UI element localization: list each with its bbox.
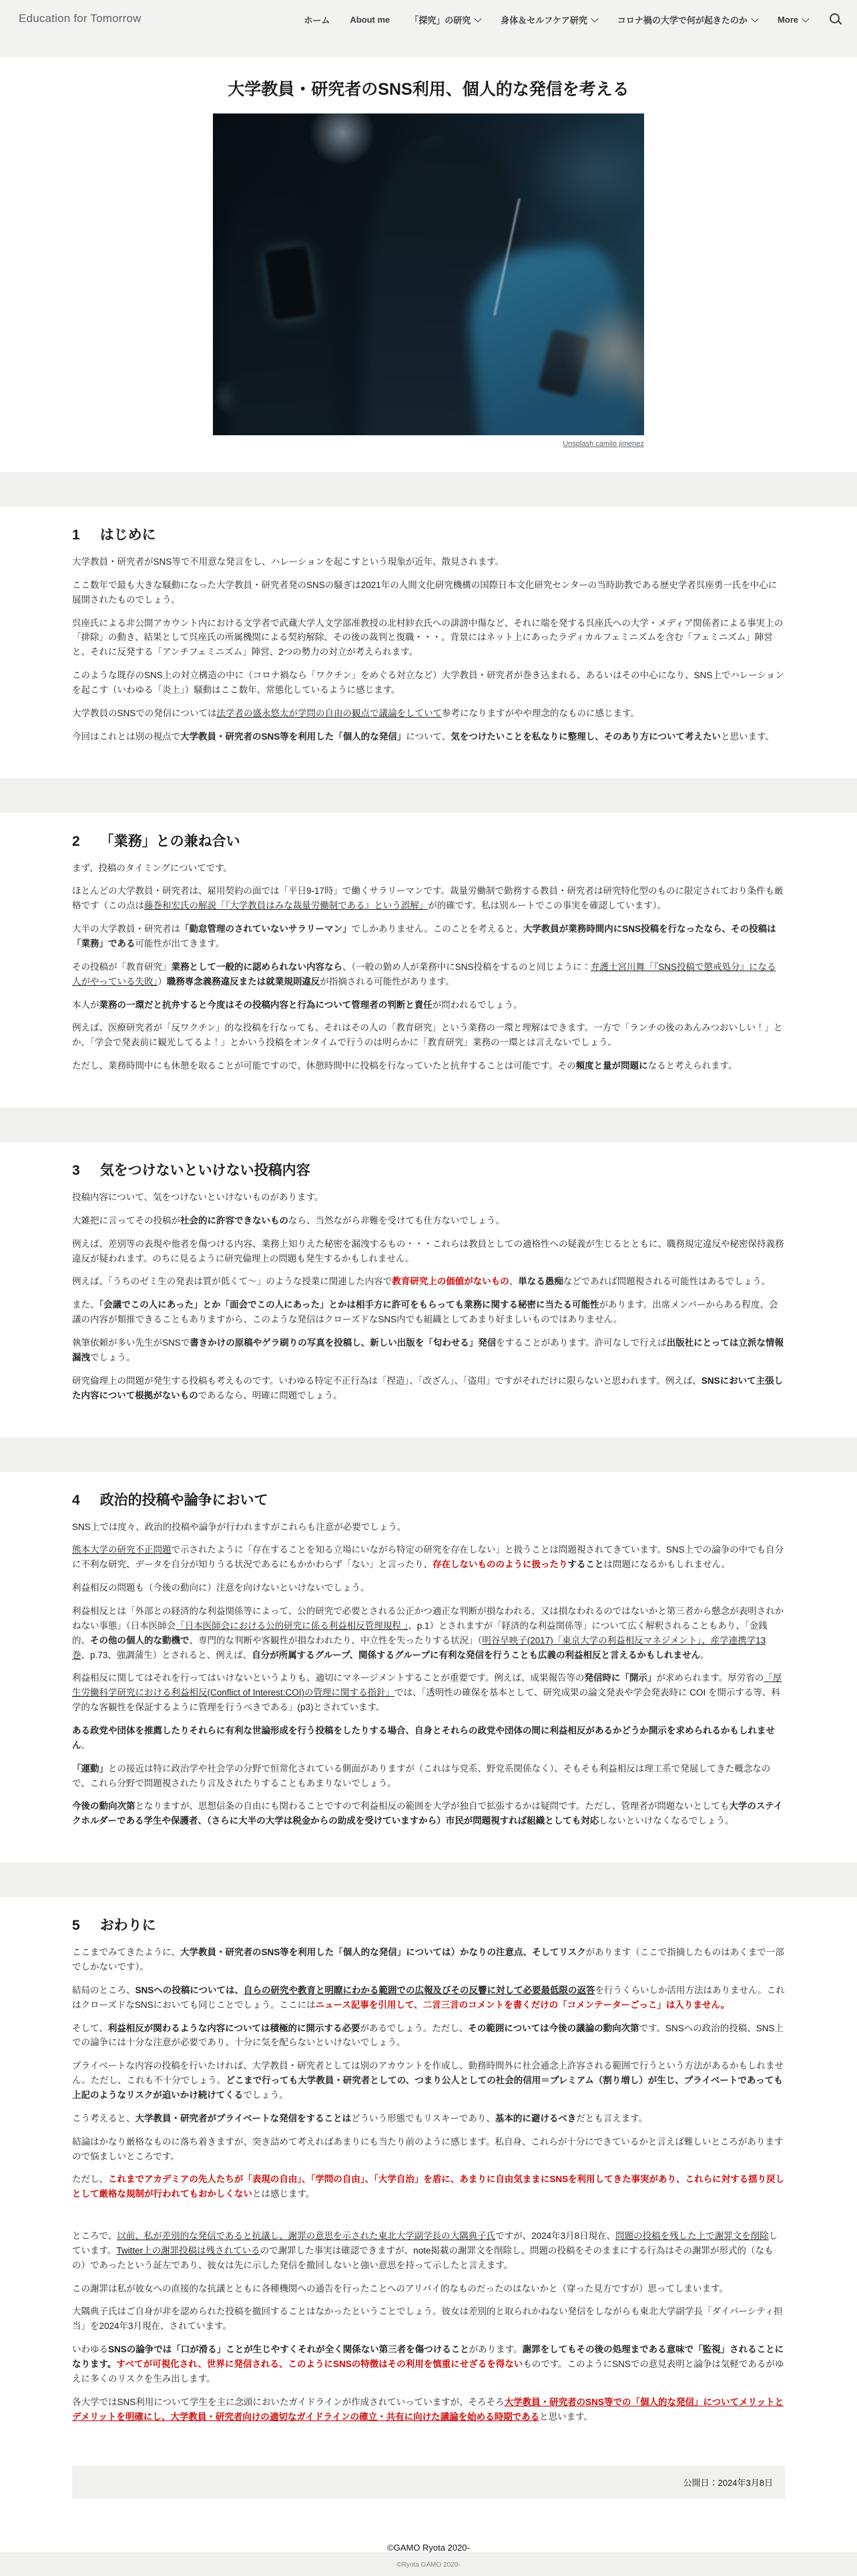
paragraph: 執筆依頼が多い先生がSNSで書きかけの原稿やゲラ刷りの写真を投稿し、新しい出版を…: [72, 1336, 785, 1365]
nav-item-label: コロナ禍の大学で何が起きたのか: [617, 13, 748, 26]
text-run: ここまでみてきたように、: [72, 1947, 180, 1957]
paragraph: 例えば、「うちのゼミ生の発表は質が低くて〜」のような授業に関連した内容で教育研究…: [72, 1274, 785, 1289]
paragraph: 今後の動向次第となりますが、思想信条の自由にも関わることですので利益相反の範囲を…: [72, 1799, 785, 1828]
text-run: などであれば問題視される可能性はあるでしょう。: [563, 1276, 770, 1286]
text-run: 発信時に「開示」: [584, 1673, 656, 1683]
sections: 1はじめに大学教員・研究者がSNS等で不用意な発言をし、ハレーションを起こすとい…: [0, 449, 857, 2435]
text-run: これまでアカデミアの先人たちが「表現の自由」、「学問の自由」、「大学自治」を盾に…: [72, 2174, 784, 2199]
text-run: 大学教員・研究者がプライベートな発信をすることは: [135, 2113, 352, 2123]
text-run: 大学教員・研究者がSNS等で不用意な発言をし、ハレーションを起こすという現象が近…: [72, 557, 504, 567]
text-run: と思います。: [721, 732, 774, 742]
section-5: 5おわりにここまでみてきたように、大学教員・研究者のSNS等を利用した「個人的な…: [72, 1897, 785, 2435]
section-number: 3: [72, 1163, 80, 1178]
text-run: 基本的に避けるべき: [495, 2113, 577, 2123]
nav-item-label: About me: [350, 15, 390, 25]
text-run: が問われるでしょう。: [433, 1000, 523, 1010]
nav-item-0[interactable]: ホーム: [304, 13, 330, 26]
text-run: 、: [509, 1276, 519, 1286]
text-run: 例えば、医療研究者が「反ワクチン」的な投稿を行なっても、それはその人の「教育研究…: [72, 1023, 782, 1047]
text-run: こう考えると、: [72, 2113, 135, 2123]
section-2: 2「業務」との兼ね合いまず、投稿のタイミングについてです。ほとんどの大学教員・研…: [72, 813, 785, 1085]
text-run: 今後の動向次第: [72, 1801, 135, 1811]
paragraph: まず、投稿のタイミングについてです。: [72, 861, 785, 876]
section-title: おわりに: [100, 1918, 156, 1933]
nav-item-4[interactable]: コロナ禍の大学で何が起きたのか: [617, 13, 758, 26]
text-run: SNSの論争では「口が滑る」ことが生じやすくそれが全く関係ない第三者を傷つけるこ…: [108, 2344, 469, 2354]
section-heading: 1はじめに: [72, 524, 785, 544]
paragraph: このような既存のSNS上の対立構造の中に（コロナ禍なら「ワクチン」をめぐる対立な…: [72, 668, 785, 698]
paragraph: 投稿内容について、気をつけないといけないものがあります。: [72, 1190, 785, 1205]
text-run: だとも言えます。: [576, 2113, 647, 2123]
text-run: があります。: [469, 2344, 523, 2354]
text-run: 。: [700, 1650, 709, 1660]
text-run: 「会議でこの人にあった」とか「面会でこの人にあった」とかは相手方に許可をもらって…: [99, 1300, 599, 1310]
nav-item-2[interactable]: 「探究」の研究: [410, 13, 481, 26]
paragraph: 研究倫理上の問題が発生する投稿も考えものです。いわゆる特定不正行為は「捏造」、「…: [72, 1374, 785, 1403]
text-run: 書きかけの原稿やゲラ刷りの写真を投稿し、新しい出版を「匂わせる」発信: [190, 1338, 496, 1348]
hero-caption-link[interactable]: Unsplash camilo jimenez: [563, 440, 644, 448]
text-run: 存在しないもののように扱ったり: [433, 1559, 568, 1569]
text-run: となりますが、思想信条の自由にも関わることですので利益相反の範囲を大学が独自で拡…: [135, 1801, 730, 1811]
paragraph: 大半の大学教員・研究者は「勤怠管理のされていないサラリーマン」でしかありません。…: [72, 922, 785, 951]
paragraph: この謝罪は私が彼女への直接的な抗議とともに各種機関への通告を行ったことへのアリバ…: [72, 2282, 785, 2296]
paragraph: 「運動」との接近は特に政治学や社会学の分野で恒常化されている側面がありますが（こ…: [72, 1762, 785, 1791]
paragraph: 今回はこれとは別の視点で大学教員・研究者のSNS等を利用した「個人的な発信」につ…: [72, 730, 785, 744]
paragraph: 大学教員のSNSでの発信については法学者の盛永悠太が学問の自由の観点で議論をして…: [72, 706, 785, 721]
paragraph: 利益相反に関してはそれを行ってはいけないというよりも、適切にマネージメントするこ…: [72, 1671, 785, 1715]
text-run: そして、: [72, 2023, 108, 2033]
nav-item-label: More: [778, 15, 798, 25]
search-button[interactable]: [827, 11, 842, 28]
section-number: 4: [72, 1493, 80, 1508]
paragraph: ところで、以前、私が差別的な発信であると抗議し、謝罪の意思を示された東北大学副学…: [72, 2229, 785, 2273]
text-run: 今回はこれとは別の視点で: [72, 732, 180, 742]
text-run: 職務専念義務違反または就業規則違反: [167, 977, 320, 987]
search-icon: [830, 13, 840, 23]
section-title: はじめに: [100, 527, 156, 543]
text-run: ところで、: [72, 2231, 117, 2241]
paragraph: ほとんどの大学教員・研究者は、雇用契約の面では「平日9-17時」で働くサラリーマ…: [72, 884, 785, 913]
text-run: 気をつけたいことを私なりに整理し、そのあり方について考えたい: [451, 732, 721, 742]
inline-link[interactable]: 問題の投稿を残した上で謝罪文を削除: [615, 2231, 769, 2241]
text-run: とは感じます。: [252, 2189, 314, 2199]
paragraph: 利益相反の問題も（今後の動向に）注意を向けないといけないでしょう。: [72, 1581, 785, 1595]
text-run: 各大学ではSNS利用について学生を主に念頭においたガイドラインが作成されていって…: [72, 2397, 505, 2407]
text-run: すべてが可視化され、世界に発信される、このようにSNSの特徴はその利用を慎重にせ…: [116, 2359, 523, 2369]
text-run: 単なる愚痴: [518, 1276, 563, 1286]
paragraph: 利益相反とは「外部との経済的な利益関係等によって、公的研究で必要とされる公正かつ…: [72, 1604, 785, 1662]
text-run: が的確です。私は別ルートでこの事実を確認しています）。: [428, 900, 666, 911]
inline-link[interactable]: 藤巻和宏氏の解説「『大学教員はみな裁量労働制である』という誤解」: [144, 900, 428, 911]
text-run: しないといけなくなるでしょう。: [599, 1816, 734, 1826]
paragraph: [72, 2210, 785, 2220]
text-run: このような既存のSNS上の対立構造の中に（コロナ禍なら「ワクチン」をめぐる対立な…: [72, 670, 784, 695]
hero-caption: Unsplash camilo jimenez: [213, 437, 644, 449]
text-run: その他の個人的な動機で: [90, 1635, 190, 1645]
text-run: との接近は特に政治学や社会学の分野で恒常化されている側面がありますが（これは与党…: [72, 1764, 770, 1788]
inline-link[interactable]: 自らの研究や教育と明瞭にわかる範囲での広報及びその反響に対して必要最低限の返答: [244, 1985, 595, 1995]
chevron-down-icon: [591, 15, 598, 22]
site-footer: ©Ryota GAMO 2020-: [0, 2553, 857, 2576]
text-run: について、: [406, 732, 451, 742]
text-run: 、専門的な判断や客観性が損なわれたり、中立性を失ったりする状況」（: [190, 1635, 483, 1645]
section-divider: [0, 1437, 857, 1472]
text-run: 業務として一般的に認められない内容なら: [172, 962, 343, 972]
text-run: 大隅典子氏はご自身が非を認められた投稿を撤回することはなかったということでしょう…: [72, 2306, 783, 2331]
text-run: 参考になりますがやや理念的なものに感じます。: [442, 708, 639, 718]
paragraph: 呉座氏による非公開アカウント内における文学者で武蔵大学人文学部准教授の北村紗衣氏…: [72, 616, 785, 660]
text-run: ここ数年で最も大きな騒動になった大学教員・研究者発のSNSの騒ぎは2021年の人…: [72, 580, 777, 605]
text-run: 、p.73、強調蒲生）とされると、例えば、: [81, 1650, 252, 1660]
paragraph: こう考えると、大学教員・研究者がプライベートな発信をすることはどういう形態でもリ…: [72, 2111, 785, 2126]
text-run: 教育研究上の価値がないもの: [392, 1276, 509, 1286]
paragraph: 熊本大学の研究不正問題で示されたように「存在することを知る立場にいながら特定の研…: [72, 1543, 785, 1572]
text-run: すること: [568, 1559, 604, 1569]
header: Education for Tomorrow ホームAbout me「探究」の研…: [0, 0, 857, 57]
text-run: ですが、2024年3月8日現在、: [495, 2231, 615, 2241]
nav-item-label: ホーム: [304, 13, 330, 26]
text-run: 社会的に許容できないもの: [180, 1216, 288, 1226]
text-run: その範囲については今後の議論の動向次第: [468, 2023, 639, 2033]
paragraph: SNS上では度々、政治的投稿や論争が行われますがこれらも注意が必要でしょう。: [72, 1520, 785, 1535]
text-run: この謝罪は私が彼女への直接的な抗議とともに各種機関への通告を行ったことへのアリバ…: [72, 2284, 728, 2294]
text-run: なると考えられます。: [648, 1061, 738, 1071]
text-run: 大学教員のSNSでの発信については: [72, 708, 217, 718]
paragraph: また、「会議でこの人にあった」とか「面会でこの人にあった」とかは相手方に許可をも…: [72, 1298, 785, 1327]
text-run: でしかありません。このことを考えると、: [352, 924, 523, 934]
text-run: 呉座氏による非公開アカウント内における文学者で武蔵大学人文学部准教授の北村紗衣氏…: [72, 618, 783, 658]
site-copyright: ©Ryota GAMO 2020-: [396, 2561, 460, 2569]
text-run: 例えば、差別等の表現や他者を傷つける内容、業務上知りえた秘密を漏洩するもの・・・…: [72, 1239, 784, 1264]
paragraph: 本人が業務の一環だと抗弁すると今度はその投稿内容と行為について管理者の判断と責任…: [72, 998, 785, 1013]
text-run: と思います。: [539, 2412, 593, 2422]
text-run: 例えば、「うちのゼミ生の発表は質が低くて〜」のような授業に関連した内容で: [72, 1276, 392, 1286]
nav-item-label: 「探究」の研究: [410, 13, 471, 26]
text-run: 大半の大学教員・研究者は: [72, 924, 180, 934]
text-run: であるなら、明確に問題でしょう。: [198, 1390, 342, 1400]
text-run: 頻度と量が問題に: [576, 1061, 648, 1071]
text-run: が指摘される可能性があります。: [320, 977, 454, 987]
section-title: 「業務」との兼ね合い: [100, 834, 240, 849]
chevron-down-icon: [475, 15, 482, 22]
nav-list: ホームAbout me「探究」の研究身体＆セルフケア研究コロナ禍の大学で何が起き…: [304, 11, 808, 26]
chevron-down-icon: [802, 15, 809, 22]
text-run: があるでしょう。ただし、: [360, 2023, 468, 2033]
nav-item-label: 身体＆セルフケア研究: [501, 13, 587, 26]
section-divider: [0, 1107, 857, 1142]
paragraph: 大雑把に言ってその投稿が社会的に許容できないものなら、当然ながら非難を受けても仕…: [72, 1214, 785, 1228]
hero-figure: Unsplash camilo jimenez: [0, 111, 857, 449]
inline-link[interactable]: 熊本大学の研究不正問題: [72, 1545, 172, 1555]
paragraph: 例えば、医療研究者が「反ワクチン」的な投稿を行なっても、それはその人の「教育研究…: [72, 1021, 785, 1050]
text-run: 利益相反に関してはそれを行ってはいけないというよりも、適切にマネージメントするこ…: [72, 1673, 584, 1683]
text-run: 結論はかなり厳格なものに落ち着きますが、突き詰めて考えればあまりにも当たり前のよ…: [72, 2137, 783, 2161]
text-run: 可能性が出てきます。: [135, 939, 225, 949]
paragraph: 各大学ではSNS利用について学生を主に念頭においたガイドラインが作成されていって…: [72, 2395, 785, 2424]
inline-link[interactable]: 以前、私が差別的な発信であると抗議し、謝罪の意思を示された東北大学副学長の大隅典…: [117, 2231, 495, 2241]
hero-image: [213, 113, 644, 435]
section-divider: [0, 472, 857, 507]
paragraph: ここ数年で最も大きな騒動になった大学教員・研究者発のSNSの騒ぎは2021年の人…: [72, 578, 785, 607]
text-run: をすることがあります。許可なしで行えば: [496, 1338, 666, 1348]
section-number: 5: [72, 1918, 80, 1933]
paragraph: ただし、業務時間中にも休憩を取ることが可能ですので、休憩時間中に投稿を行なってい…: [72, 1059, 785, 1073]
text-run: は問題になるかもしれません。: [604, 1559, 731, 1569]
nav-item-5[interactable]: More: [778, 15, 808, 25]
text-run: どういう形態でもリスキーであり、: [351, 2113, 495, 2123]
section-heading: 2「業務」との兼ね合い: [72, 830, 785, 850]
paragraph: 大学教員・研究者がSNS等で不用意な発言をし、ハレーションを起こすという現象が近…: [72, 555, 785, 569]
section-title: 政治的投稿や論争において: [100, 1493, 268, 1508]
text-run: 結局のところ、: [72, 1985, 135, 1995]
text-run: ニュース記事を引用して、二言三言のコメントを書くだけの「コメンテーターごっこ」は…: [316, 2000, 730, 2010]
inline-link[interactable]: 「日本医師会における公的研究に係る利益相反管理規程 」: [176, 1621, 408, 1631]
inline-link[interactable]: 法学者の盛永悠太が学問の自由の観点で議論をしていて: [217, 708, 443, 718]
text-run: また、: [72, 1300, 99, 1310]
text-run: でしょう。: [90, 1352, 135, 1362]
text-run: なら、当然ながら非難を受けても仕方ないでしょう。: [288, 1216, 505, 1226]
text-run: ）: [158, 977, 167, 987]
section-heading: 3気をつけないといけない投稿内容: [72, 1160, 785, 1180]
nav-item-1[interactable]: About me: [350, 15, 390, 25]
text-run: が求められます。厚労省の: [656, 1673, 764, 1683]
text-run: でしょう。: [243, 2090, 288, 2100]
section-3: 3気をつけないといけない投稿内容投稿内容について、気をつけないといけないものがあ…: [72, 1142, 785, 1414]
page-title: 大学教員・研究者のSNS利用、個人的な発信を考える: [0, 76, 857, 100]
inline-link[interactable]: Twitter上の謝罪投稿は残されている: [116, 2246, 260, 2256]
published-date: 公開日：2024年3月8日: [72, 2466, 785, 2499]
paragraph: 大隅典子氏はご自身が非を認められた投稿を撤回することはなかったということでしょう…: [72, 2304, 785, 2334]
text-run: いわゆる: [72, 2344, 108, 2354]
nav-item-3[interactable]: 身体＆セルフケア研究: [501, 13, 597, 26]
section-number: 2: [72, 834, 80, 849]
text-run: 利益相反の問題も（今後の動向に）注意を向けないといけないでしょう。: [72, 1583, 370, 1593]
text-run: SNS上では度々、政治的投稿や論争が行われますがこれらも注意が必要でしょう。: [72, 1522, 406, 1532]
text-run: 大雑把に言ってその投稿が: [72, 1216, 180, 1226]
photo-hand-shape: [571, 300, 644, 401]
text-run: 利益相反が関わるような内容については積極的に開示する必要: [108, 2023, 360, 2033]
text-run: 本人が: [72, 1000, 99, 1010]
text-run: 「勤怠管理のされていないサラリーマン」: [180, 924, 352, 934]
text-run: 業務の一環だと抗弁すると今度はその投稿内容と行為について管理者の判断と責任: [99, 1000, 433, 1010]
text-run: 自分が所属するグループ、関係するグループに有利な発信を行うことも広義の利益相反と…: [252, 1650, 700, 1660]
text-run: その投稿が「教育研究」: [72, 962, 172, 972]
text-run: 研究倫理上の問題が発生する投稿も考えものです。いわゆる特定不正行為は「捏造」、「…: [72, 1376, 701, 1386]
section-divider: [0, 778, 857, 813]
paragraph: プライベートな内容の投稿を行いたければ、大学教員・研究者としては別のアカウントを…: [72, 2059, 785, 2103]
text-run: ある政党や団体を推薦したりそれらに有利な世論形成を行う投稿をしたりする場合、自身…: [72, 1726, 775, 1750]
text-run: 「運動」: [72, 1764, 108, 1774]
brand: Education for Tomorrow: [19, 11, 141, 25]
text-run: 投稿内容について、気をつけないといけないものがあります。: [72, 1192, 323, 1202]
section-number: 1: [72, 527, 80, 543]
paragraph: ここまでみてきたように、大学教員・研究者のSNS等を利用した「個人的な発信」につ…: [72, 1945, 785, 1975]
text-run: 。: [81, 1740, 91, 1750]
section-divider: [0, 1862, 857, 1897]
paragraph: 例えば、差別等の表現や他者を傷つける内容、業務上知りえた秘密を漏洩するもの・・・…: [72, 1237, 785, 1266]
section-heading: 4政治的投稿や論争において: [72, 1489, 785, 1509]
copyright: ©GAMO Ryota 2020-: [0, 2543, 857, 2553]
paragraph: 結論はかなり厳格なものに落ち着きますが、突き詰めて考えればあまりにも当たり前のよ…: [72, 2135, 785, 2164]
section-title: 気をつけないといけない投稿内容: [100, 1163, 310, 1178]
text-run: 大学教員・研究者のSNS等を利用した「個人的な発信」: [180, 732, 406, 742]
text-run: 執筆依頼が多い先生がSNSで: [72, 1338, 190, 1348]
paragraph: その投稿が「教育研究」業務として一般的に認められない内容なら、（一般の勤め人が業…: [72, 960, 785, 989]
text-run: SNSへの投稿については、: [135, 1985, 244, 1995]
text-run: まず、投稿のタイミングについてです。: [72, 863, 232, 873]
paragraph: ただし、これまでアカデミアの先人たちが「表現の自由」、「学問の自由」、「大学自治…: [72, 2172, 785, 2202]
text-run: 大学教員・研究者のSNS等を利用した「個人的な発信」については）かなりの注意点、…: [180, 1947, 586, 1957]
text-run: ただし、: [72, 2174, 108, 2184]
paragraph: ある政党や団体を推薦したりそれらに有利な世論形成を行う投稿をしたりする場合、自身…: [72, 1724, 785, 1753]
paragraph: いわゆるSNSの論争では「口が滑る」ことが生じやすくそれが全く関係ない第三者を傷…: [72, 2342, 785, 2386]
paragraph: そして、利益相反が関わるような内容については積極的に開示する必要があるでしょう。…: [72, 2021, 785, 2051]
text-run: ただし、業務時間中にも休憩を取ることが可能ですので、休憩時間中に投稿を行なってい…: [72, 1061, 576, 1071]
text-run: 、（一般の勤め人が業務中にSNS投稿をするのと同じように：: [342, 962, 591, 972]
section-heading: 5おわりに: [72, 1914, 785, 1935]
section-4: 4政治的投稿や論争においてSNS上では度々、政治的投稿や論争が行われますがこれら…: [72, 1472, 785, 1840]
section-1: 1はじめに大学教員・研究者がSNS等で不用意な発言をし、ハレーションを起こすとい…: [72, 507, 785, 756]
paragraph: 結局のところ、SNSへの投稿については、自らの研究や教育と明瞭にわかる範囲での広…: [72, 1983, 785, 2013]
chevron-down-icon: [751, 15, 758, 22]
